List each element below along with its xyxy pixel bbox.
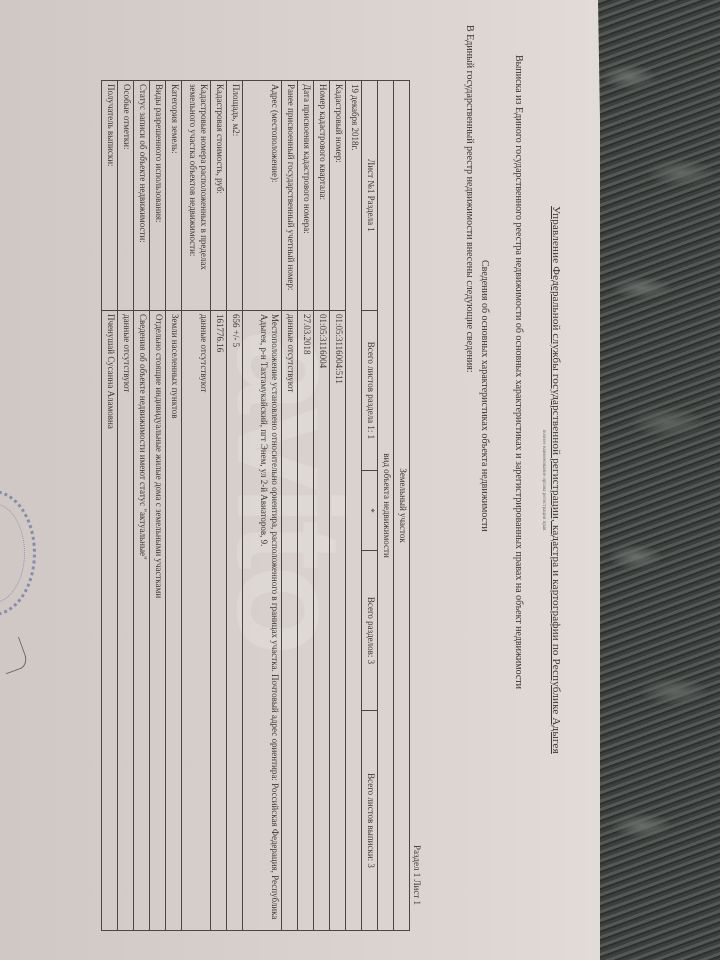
row-value: данные отсутствуют <box>182 311 211 931</box>
table-row: Номер кадастрового квартала: 01:05:31160… <box>314 81 330 931</box>
row-label: Ранее присвоенный государственный учетны… <box>282 81 298 311</box>
issuing-authority: Управление Федеральной службы государств… <box>550 200 562 760</box>
table-row: Статус записи об объекте недвижимости: С… <box>134 81 150 931</box>
table-row: Адрес (местоположение): Местоположение у… <box>243 81 282 931</box>
row-label: Адрес (местоположение): <box>243 81 282 311</box>
table-row: Ранее присвоенный государственный учетны… <box>282 81 298 931</box>
marker: * <box>362 471 378 551</box>
row-label: Статус записи об объекте недвижимости: <box>134 81 150 311</box>
row-value: 01:05:3116004 <box>314 311 330 931</box>
row-label: Кадастровая стоимость, руб: <box>211 81 227 311</box>
sheet-label: Лист №1 Раздела 1 <box>362 81 378 311</box>
sections-total: Всего разделов: 3 <box>362 551 378 711</box>
object-type-value: Земельный участок <box>394 81 410 931</box>
section-sheet-tag: Раздел 1 Лист 1 <box>412 845 422 905</box>
issue-date: 19 декабря 2018г. <box>346 81 362 931</box>
row-value: 656 +/- 5 <box>227 311 243 931</box>
document-title: Выписка из Единого государственного реес… <box>513 55 524 689</box>
row-value: Пченушай Сусанна Аламовна <box>102 311 118 931</box>
row-value: 01:05:3116004:511 <box>330 311 346 931</box>
rug-background <box>590 0 720 960</box>
row-label: Получатель выписки: <box>102 81 118 311</box>
object-type-caption: вид объекта недвижимости <box>378 81 394 931</box>
lead-text: В Единый государственный реестр недвижим… <box>464 25 475 373</box>
row-value: данные отсутствуют <box>118 311 134 931</box>
table-row: Виды разрешенного использования: Отдельн… <box>150 81 166 931</box>
row-value: Сведения об объекте недвижимости имеют с… <box>134 311 150 931</box>
sheets-total: Всего листов выписки: 3 <box>362 711 378 931</box>
row-label: Номер кадастрового квартала: <box>314 81 330 311</box>
row-label: Особые отметки: <box>118 81 134 311</box>
table-row: Особые отметки: данные отсутствуют <box>118 81 134 931</box>
row-label: Дата присвоения кадастрового номера: <box>298 81 314 311</box>
row-value: Земли населенных пунктов <box>166 311 182 931</box>
table-row: Категория земель: Земли населенных пункт… <box>166 81 182 931</box>
table-row: Дата присвоения кадастрового номера: 27.… <box>298 81 314 931</box>
row-value: Отдельно стоящие индивидуальные жилые до… <box>150 311 166 931</box>
property-table: Земельный участок вид объекта недвижимос… <box>101 80 410 931</box>
row-value: 27.03.2018 <box>298 311 314 931</box>
row-label: Категория земель: <box>166 81 182 311</box>
row-label: Кадастровые номера расположенных в преде… <box>182 81 211 311</box>
document-page: avito Управление Федеральной службы госу… <box>0 0 600 960</box>
table-row: Кадастровая стоимость, руб: 161776.16 <box>211 81 227 931</box>
document-content: Управление Федеральной службы государств… <box>0 0 600 960</box>
table-row: Кадастровые номера расположенных в преде… <box>182 81 211 931</box>
row-label: Виды разрешенного использования: <box>150 81 166 311</box>
row-value: Местоположение установлено относительно … <box>243 311 282 931</box>
row-label: Кадастровый номер: <box>330 81 346 311</box>
row-label: Площадь, м2: <box>227 81 243 311</box>
issuing-authority-caption: полное наименование органа регистрации п… <box>541 200 546 760</box>
document-subtitle: Сведения об основных характеристиках объ… <box>479 260 490 532</box>
sheets-in-section: Всего листов раздела 1: 1 <box>362 311 378 471</box>
table-row: Получатель выписки: Пченушай Сусанна Ала… <box>102 81 118 931</box>
row-value: 161776.16 <box>211 311 227 931</box>
table-row: Кадастровый номер: 01:05:3116004:511 <box>330 81 346 931</box>
table-row: Площадь, м2: 656 +/- 5 <box>227 81 243 931</box>
row-value: данные отсутствуют <box>282 311 298 931</box>
